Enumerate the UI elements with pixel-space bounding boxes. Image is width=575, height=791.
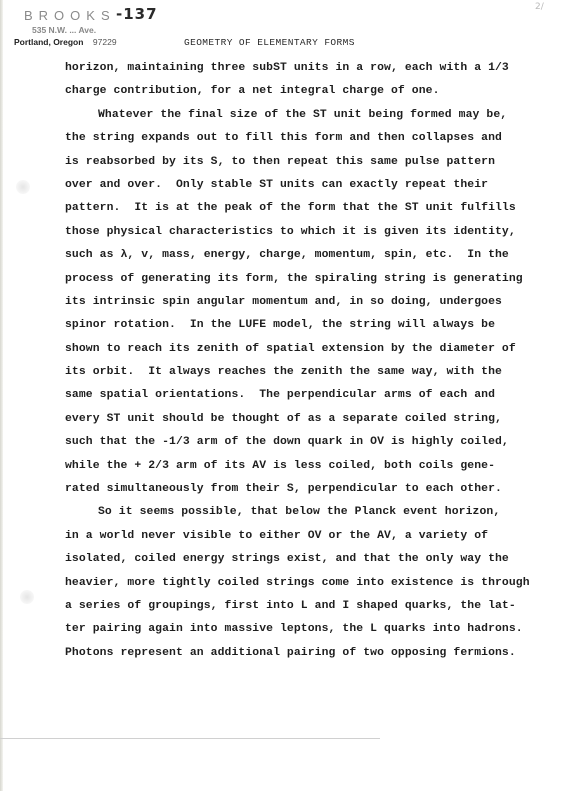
text-line: charge contribution, for a net integral … — [65, 80, 565, 103]
text-line: shown to reach its zenith of spatial ext… — [65, 338, 565, 361]
text-line: such as λ, v, mass, energy, charge, mome… — [65, 244, 565, 267]
text-line: those physical characteristics to which … — [65, 221, 565, 244]
text-line: such that the -1/3 arm of the down quark… — [65, 431, 565, 454]
stamp-city: Portland, Oregon — [14, 37, 83, 47]
text-line: pattern. It is at the peak of the form t… — [65, 197, 565, 220]
scan-smudge — [20, 590, 34, 604]
address-stamp: BROOKS -137 535 N.W. ... Ave. Portland, … — [14, 8, 174, 24]
text-line: the string expands out to fill this form… — [65, 127, 565, 150]
text-line: every ST unit should be thought of as a … — [65, 408, 565, 431]
stamp-street: 535 N.W. ... Ave. — [32, 25, 96, 35]
body-text: horizon, maintaining three subST units i… — [65, 57, 565, 665]
text-line: is reabsorbed by its S, to then repeat t… — [65, 151, 565, 174]
bottom-scan-line — [0, 738, 380, 739]
text-line: spinor rotation. In the LUFE model, the … — [65, 314, 565, 337]
text-line: ter pairing again into massive leptons, … — [65, 618, 565, 641]
page-edge-shadow — [0, 0, 3, 791]
scan-smudge — [16, 180, 30, 194]
stamp-zip: 97229 — [93, 37, 117, 47]
text-line: rated simultaneously from their S, perpe… — [65, 478, 565, 501]
text-line: horizon, maintaining three subST units i… — [65, 57, 565, 80]
text-line: isolated, coiled energy strings exist, a… — [65, 548, 565, 571]
text-line: in a world never visible to either OV or… — [65, 525, 565, 548]
text-line: its intrinsic spin angular momentum and,… — [65, 291, 565, 314]
text-line: heavier, more tightly coiled strings com… — [65, 572, 565, 595]
text-line: a series of groupings, first into L and … — [65, 595, 565, 618]
text-line: So it seems possible, that below the Pla… — [65, 501, 565, 524]
text-line: over and over. Only stable ST units can … — [65, 174, 565, 197]
text-line: its orbit. It always reaches the zenith … — [65, 361, 565, 384]
text-line: while the + 2/3 arm of its AV is less co… — [65, 455, 565, 478]
text-line: same spatial orientations. The perpendic… — [65, 384, 565, 407]
text-line: Whatever the final size of the ST unit b… — [65, 104, 565, 127]
corner-mark: 2/ — [535, 2, 544, 12]
stamp-city-line: Portland, Oregon 97229 — [14, 37, 117, 47]
stamp-name: BROOKS — [24, 8, 116, 23]
text-line: process of generating its form, the spir… — [65, 268, 565, 291]
page-title: GEOMETRY OF ELEMENTARY FORMS — [184, 37, 355, 48]
text-line: Photons represent an additional pairing … — [65, 642, 565, 665]
handwritten-page-number: -137 — [116, 5, 158, 23]
